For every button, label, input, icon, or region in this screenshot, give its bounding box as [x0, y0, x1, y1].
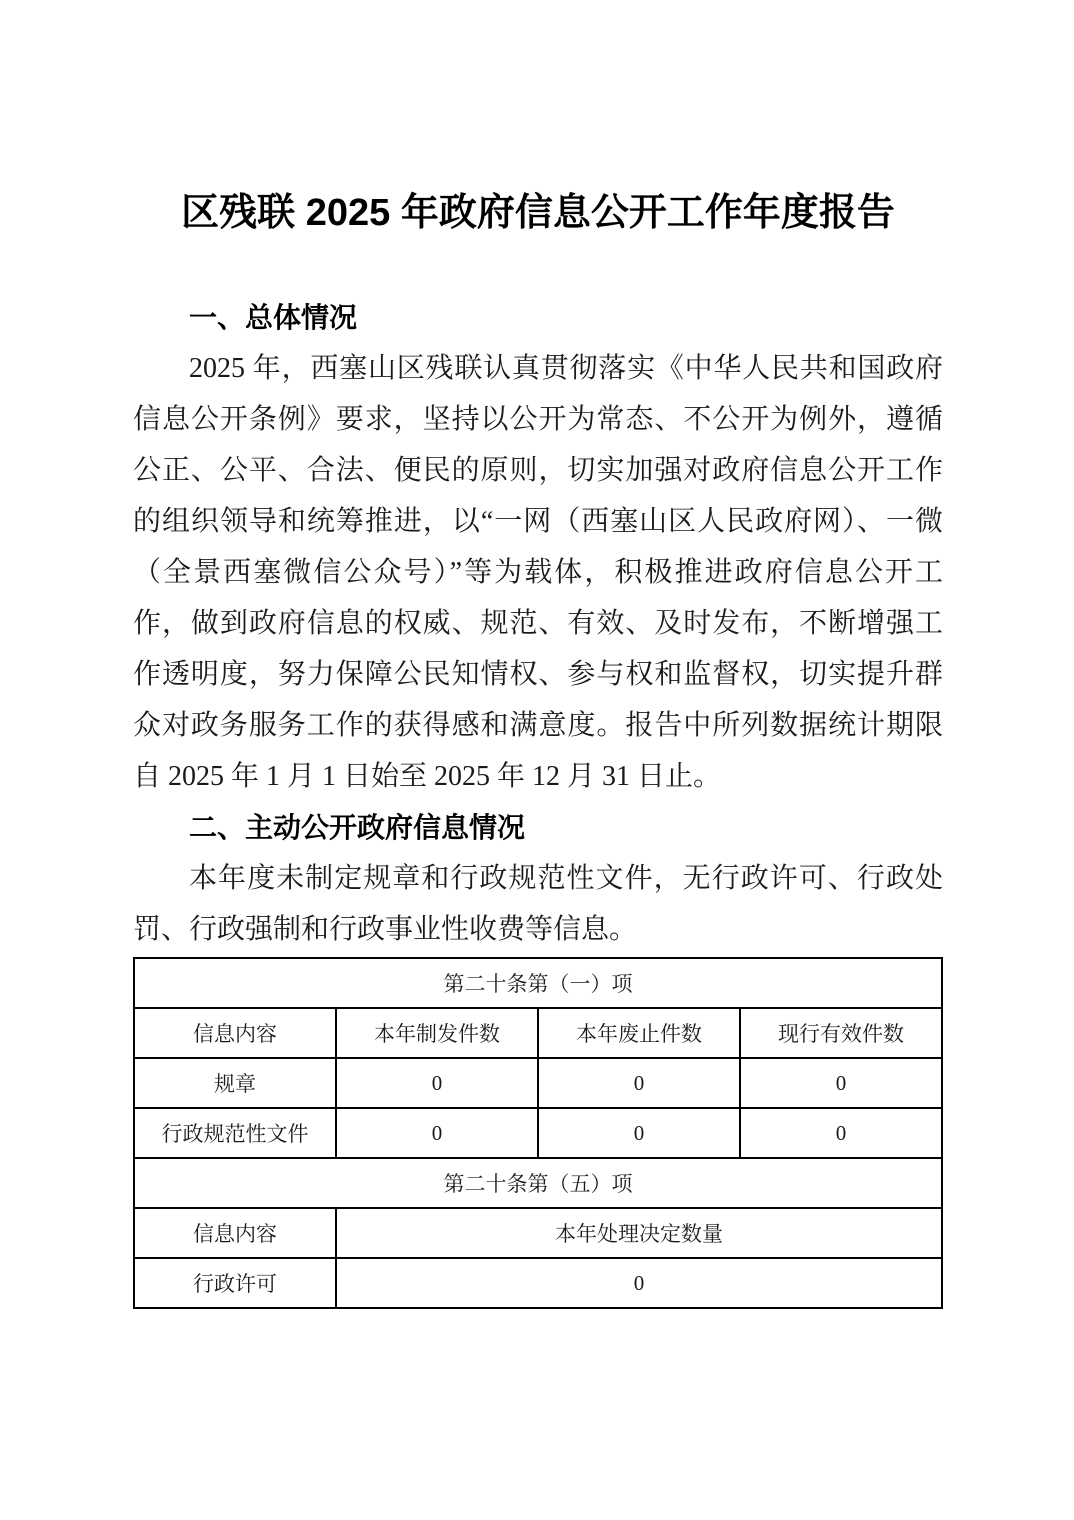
table-row-label: 规章	[134, 1058, 336, 1108]
table-header-cell: 信息内容	[134, 1208, 336, 1258]
table-part2-title-row: 第二十条第（五）项	[134, 1158, 942, 1208]
section-heading-proactive-disclosure: 二、主动公开政府信息情况	[133, 802, 943, 853]
table-row-normative-documents: 行政规范性文件 0 0 0	[134, 1108, 942, 1158]
document-page: 区残联 2025 年政府信息公开工作年度报告 一、总体情况 2025 年，西塞山…	[0, 0, 1074, 1520]
overview-paragraph: 2025 年，西塞山区残联认真贯彻落实《中华人民共和国政府信息公开条例》要求，坚…	[133, 343, 943, 802]
table-header-cell: 本年废止件数	[538, 1008, 740, 1058]
section-heading-overview: 一、总体情况	[133, 292, 943, 343]
table-row-regulations: 规章 0 0 0	[134, 1058, 942, 1108]
table-header-cell: 现行有效件数	[740, 1008, 942, 1058]
table-part1-title-row: 第二十条第（一）项	[134, 958, 942, 1008]
table-row-administrative-license: 行政许可 0	[134, 1258, 942, 1308]
table-header-cell: 信息内容	[134, 1008, 336, 1058]
table-part2-header-row: 信息内容 本年处理决定数量	[134, 1208, 942, 1258]
table-row-label: 行政规范性文件	[134, 1108, 336, 1158]
table-header-cell: 本年处理决定数量	[336, 1208, 942, 1258]
table-cell: 0	[740, 1108, 942, 1158]
document-title: 区残联 2025 年政府信息公开工作年度报告	[133, 0, 943, 240]
table-part2-title: 第二十条第（五）项	[134, 1158, 942, 1208]
table-part1-title: 第二十条第（一）项	[134, 958, 942, 1008]
table-row-label: 行政许可	[134, 1258, 336, 1308]
table-cell: 0	[336, 1258, 942, 1308]
proactive-disclosure-paragraph: 本年度未制定规章和行政规范性文件，无行政许可、行政处罚、行政强制和行政事业性收费…	[133, 853, 943, 955]
table-cell: 0	[336, 1108, 538, 1158]
table-part1-header-row: 信息内容 本年制发件数 本年废止件数 现行有效件数	[134, 1008, 942, 1058]
table-cell: 0	[740, 1058, 942, 1108]
table-cell: 0	[336, 1058, 538, 1108]
table-cell: 0	[538, 1058, 740, 1108]
table-cell: 0	[538, 1108, 740, 1158]
table-header-cell: 本年制发件数	[336, 1008, 538, 1058]
statistics-table: 第二十条第（一）项 信息内容 本年制发件数 本年废止件数 现行有效件数 规章 0…	[133, 957, 943, 1309]
